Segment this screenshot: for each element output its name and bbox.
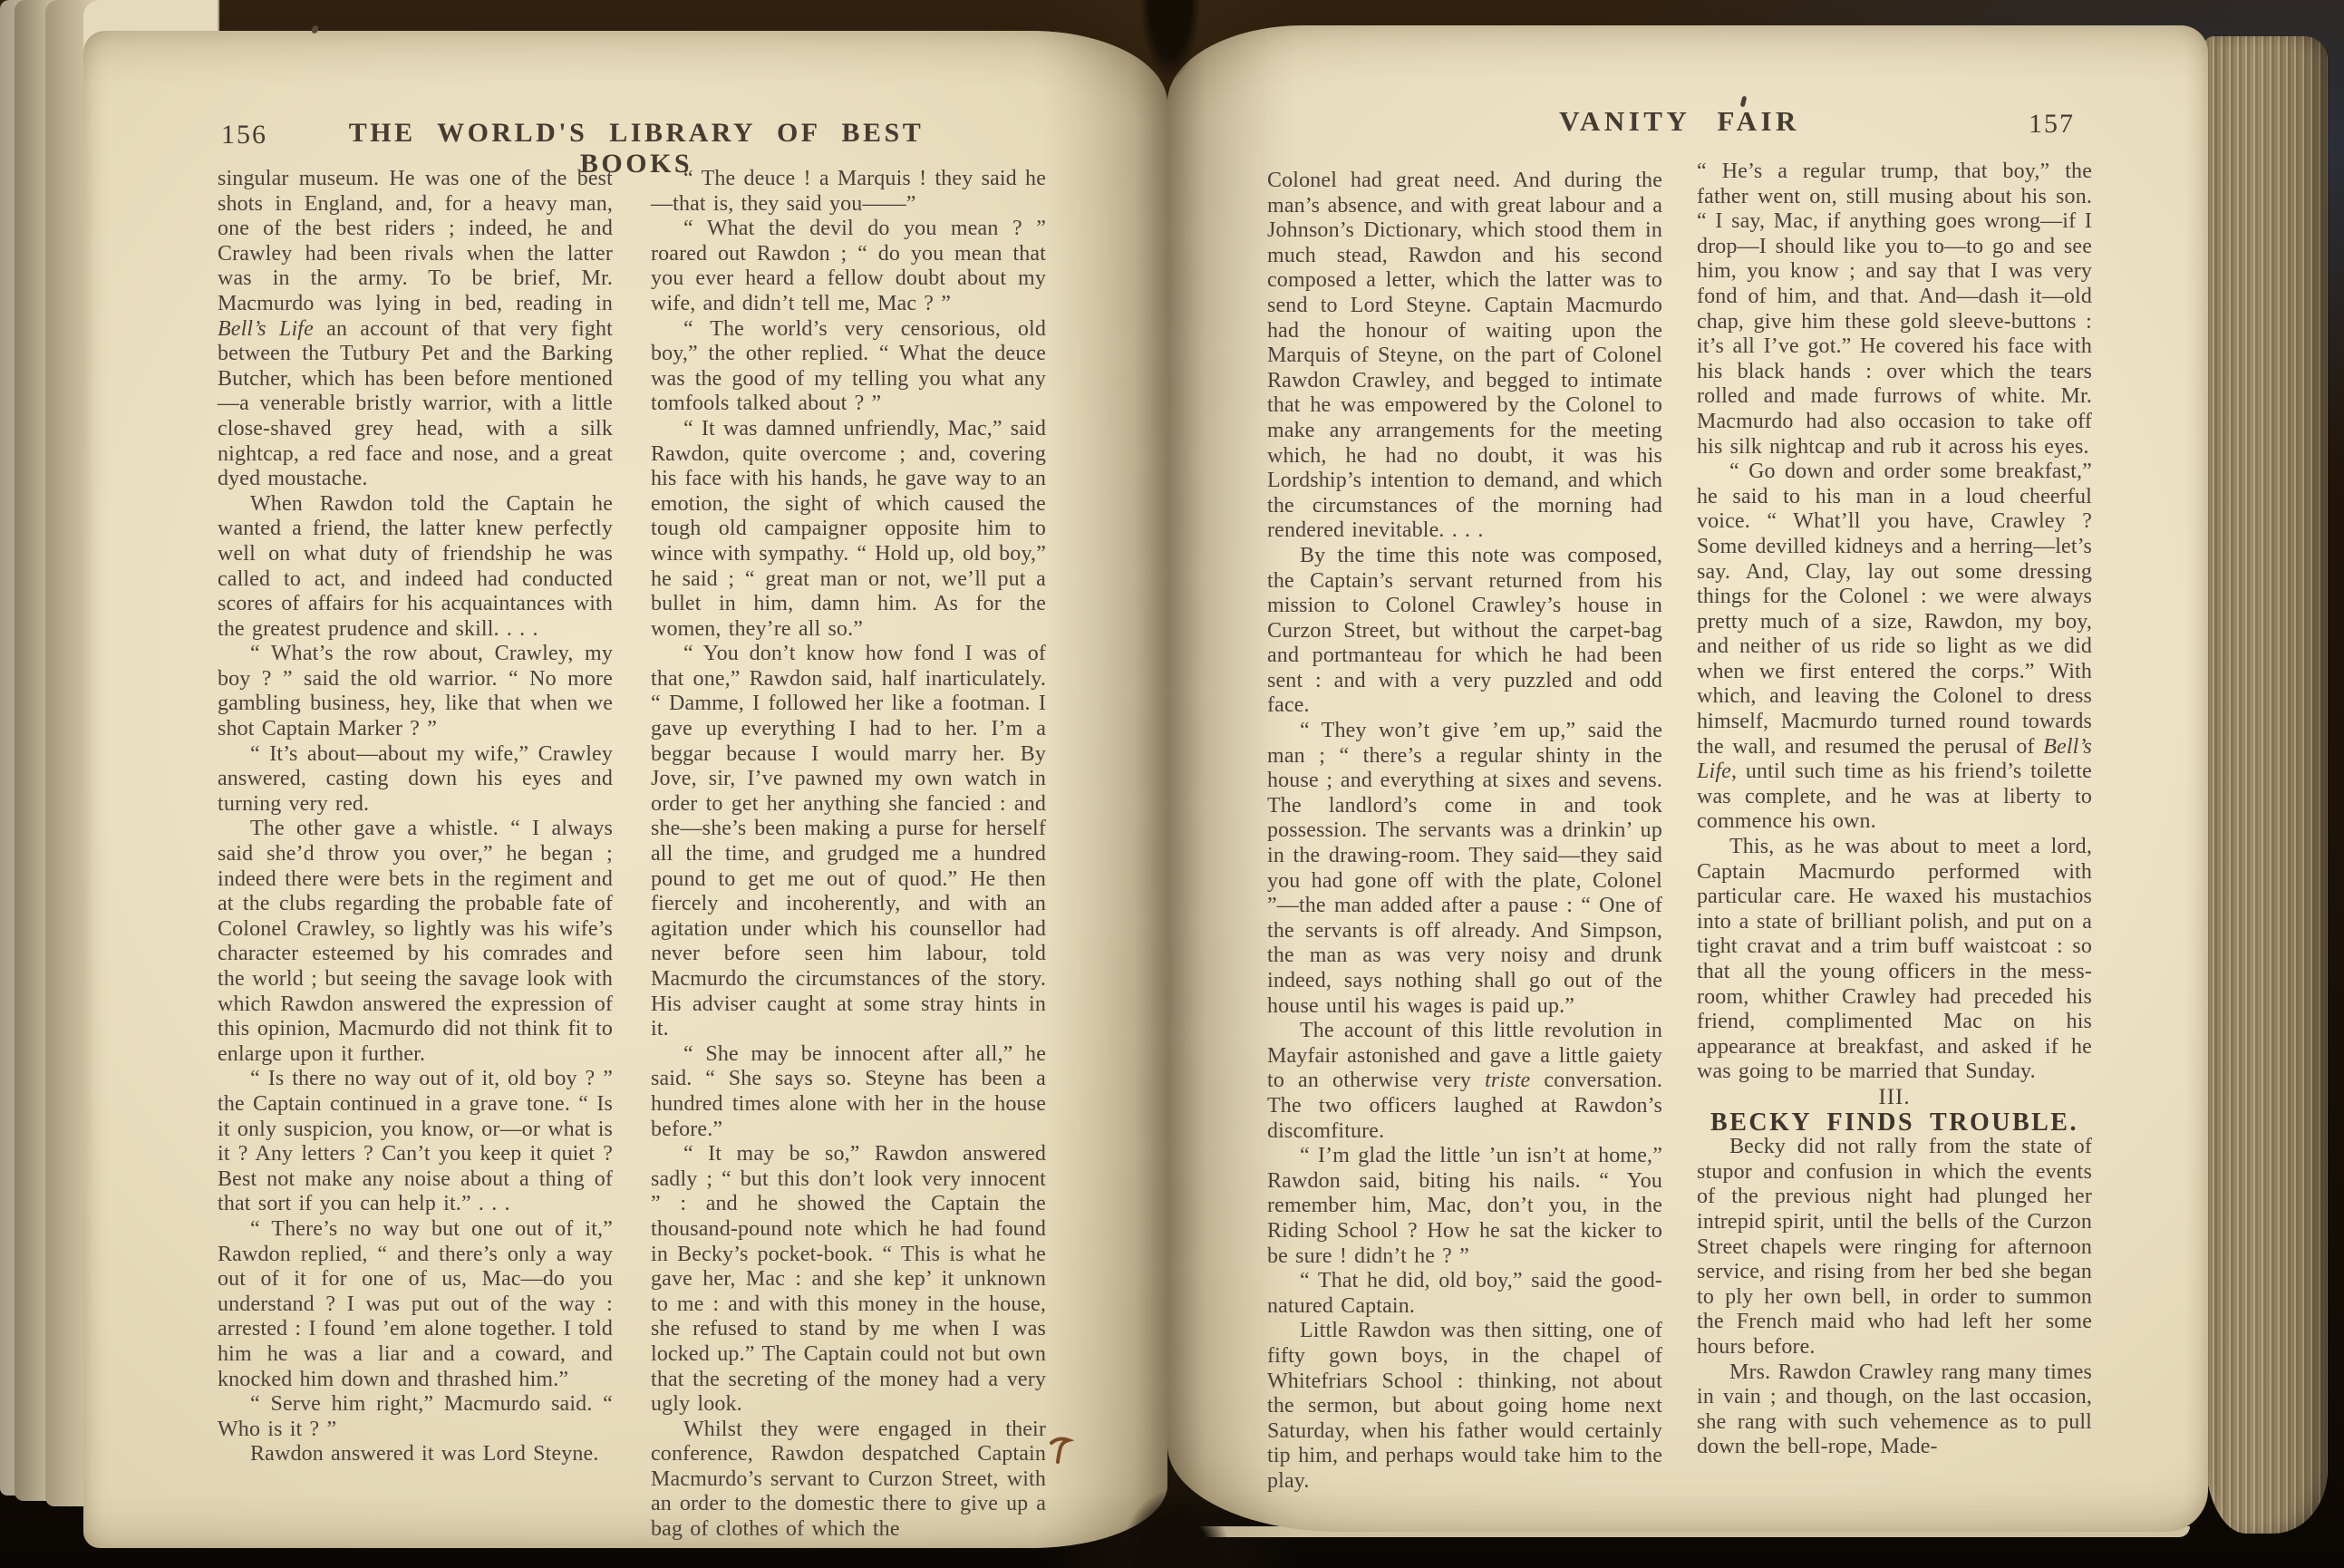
page-left: 156 THE WORLD'S LIBRARY OF BEST BOOKS si… (83, 31, 1167, 1548)
paragraph: “ I’m glad the little ’un isn’t at home,… (1267, 1144, 1662, 1269)
page-number-right: 157 (2029, 109, 2075, 140)
fore-edge-pages (2204, 36, 2328, 1534)
paragraph: Colonel had great need. And during the m… (1267, 169, 1662, 544)
paragraph: “ What’s the row about, Crawley, my boy … (218, 642, 613, 741)
paragraph: “ Serve him right,” Macmurdo said. “ Who… (218, 1392, 613, 1442)
paragraph: “ You don’t know how fond I was of that … (651, 642, 1046, 1042)
italic-title: Bell’s Life (218, 317, 314, 341)
paragraph: This, as he was about to meet a lord, Ca… (1697, 835, 2092, 1085)
chapter-title: BECKY FINDS TROUBLE. (1697, 1110, 2092, 1136)
paragraph: “ Is there no way out of it, old boy ? ”… (218, 1067, 613, 1217)
page-edge-stack (15, 0, 62, 1501)
paragraph: “ It may be so,” Rawdon answered sadly ;… (651, 1142, 1046, 1418)
paragraph: Whilst they were engaged in their confer… (651, 1418, 1046, 1543)
right-column-1: Colonel had great need. And during the m… (1267, 169, 1662, 1494)
page-right: VANITY FAIR 157 Colonel had great need. … (1167, 25, 2208, 1532)
paragraph: “ He’s a regular trump, that boy,” the f… (1697, 160, 2092, 460)
paragraph: The account of this little revolution in… (1267, 1019, 1662, 1144)
left-column-1: singular museum. He was one of the best … (218, 167, 613, 1467)
paragraph: When Rawdon told the Captain he wanted a… (218, 492, 613, 643)
paragraph: “ They won’t give ’em up,” said the man … (1267, 719, 1662, 1019)
ink-mark (1050, 1436, 1077, 1466)
paragraph: “ What the devil do you mean ? ” roared … (651, 217, 1046, 316)
right-column-2: “ He’s a regular trump, that boy,” the f… (1697, 160, 2092, 1460)
chapter-number: III. (1697, 1085, 2092, 1110)
paragraph: “ The world’s very censorious, old boy,”… (651, 317, 1046, 417)
paragraph: Little Rawdon was then sitting, one of f… (1267, 1319, 1662, 1494)
paragraph: “ The deuce ! a Marquis ! they said he—t… (651, 167, 1046, 217)
paragraph: “ There’s no way but one out of it,” Raw… (218, 1217, 613, 1392)
paragraph: Rawdon answered it was Lord Steyne. (218, 1442, 613, 1467)
paragraph: Becky did not rally from the state of st… (1697, 1135, 2092, 1360)
paragraph: singular museum. He was one of the best … (218, 167, 613, 492)
left-column-2: “ The deuce ! a Marquis ! they said he—t… (651, 167, 1046, 1543)
paragraph: “ She may be innocent after all,” he sai… (651, 1042, 1046, 1142)
paragraph: “ It was damned unfriendly, Mac,” said R… (651, 417, 1046, 642)
paragraph: “ Go down and order some breakfast,” he … (1697, 460, 2092, 835)
paragraph: “ That he did, old boy,” said the good-n… (1267, 1269, 1662, 1319)
running-header-right: VANITY FAIR (1267, 105, 2092, 138)
paragraph: “ It’s about—about my wife,” Crawley ans… (218, 742, 613, 818)
paragraph: By the time this note was composed, the … (1267, 544, 1662, 719)
paragraph: The other gave a whistle. “ I always sai… (218, 817, 613, 1067)
paragraph: Mrs. Rawdon Crawley rang many times in v… (1697, 1360, 2092, 1460)
open-book-photo: 156 THE WORLD'S LIBRARY OF BEST BOOKS si… (0, 0, 2344, 1568)
italic-word: triste (1485, 1069, 1530, 1092)
page-number-left: 156 (221, 120, 267, 150)
page-edge-stack (0, 0, 27, 1495)
